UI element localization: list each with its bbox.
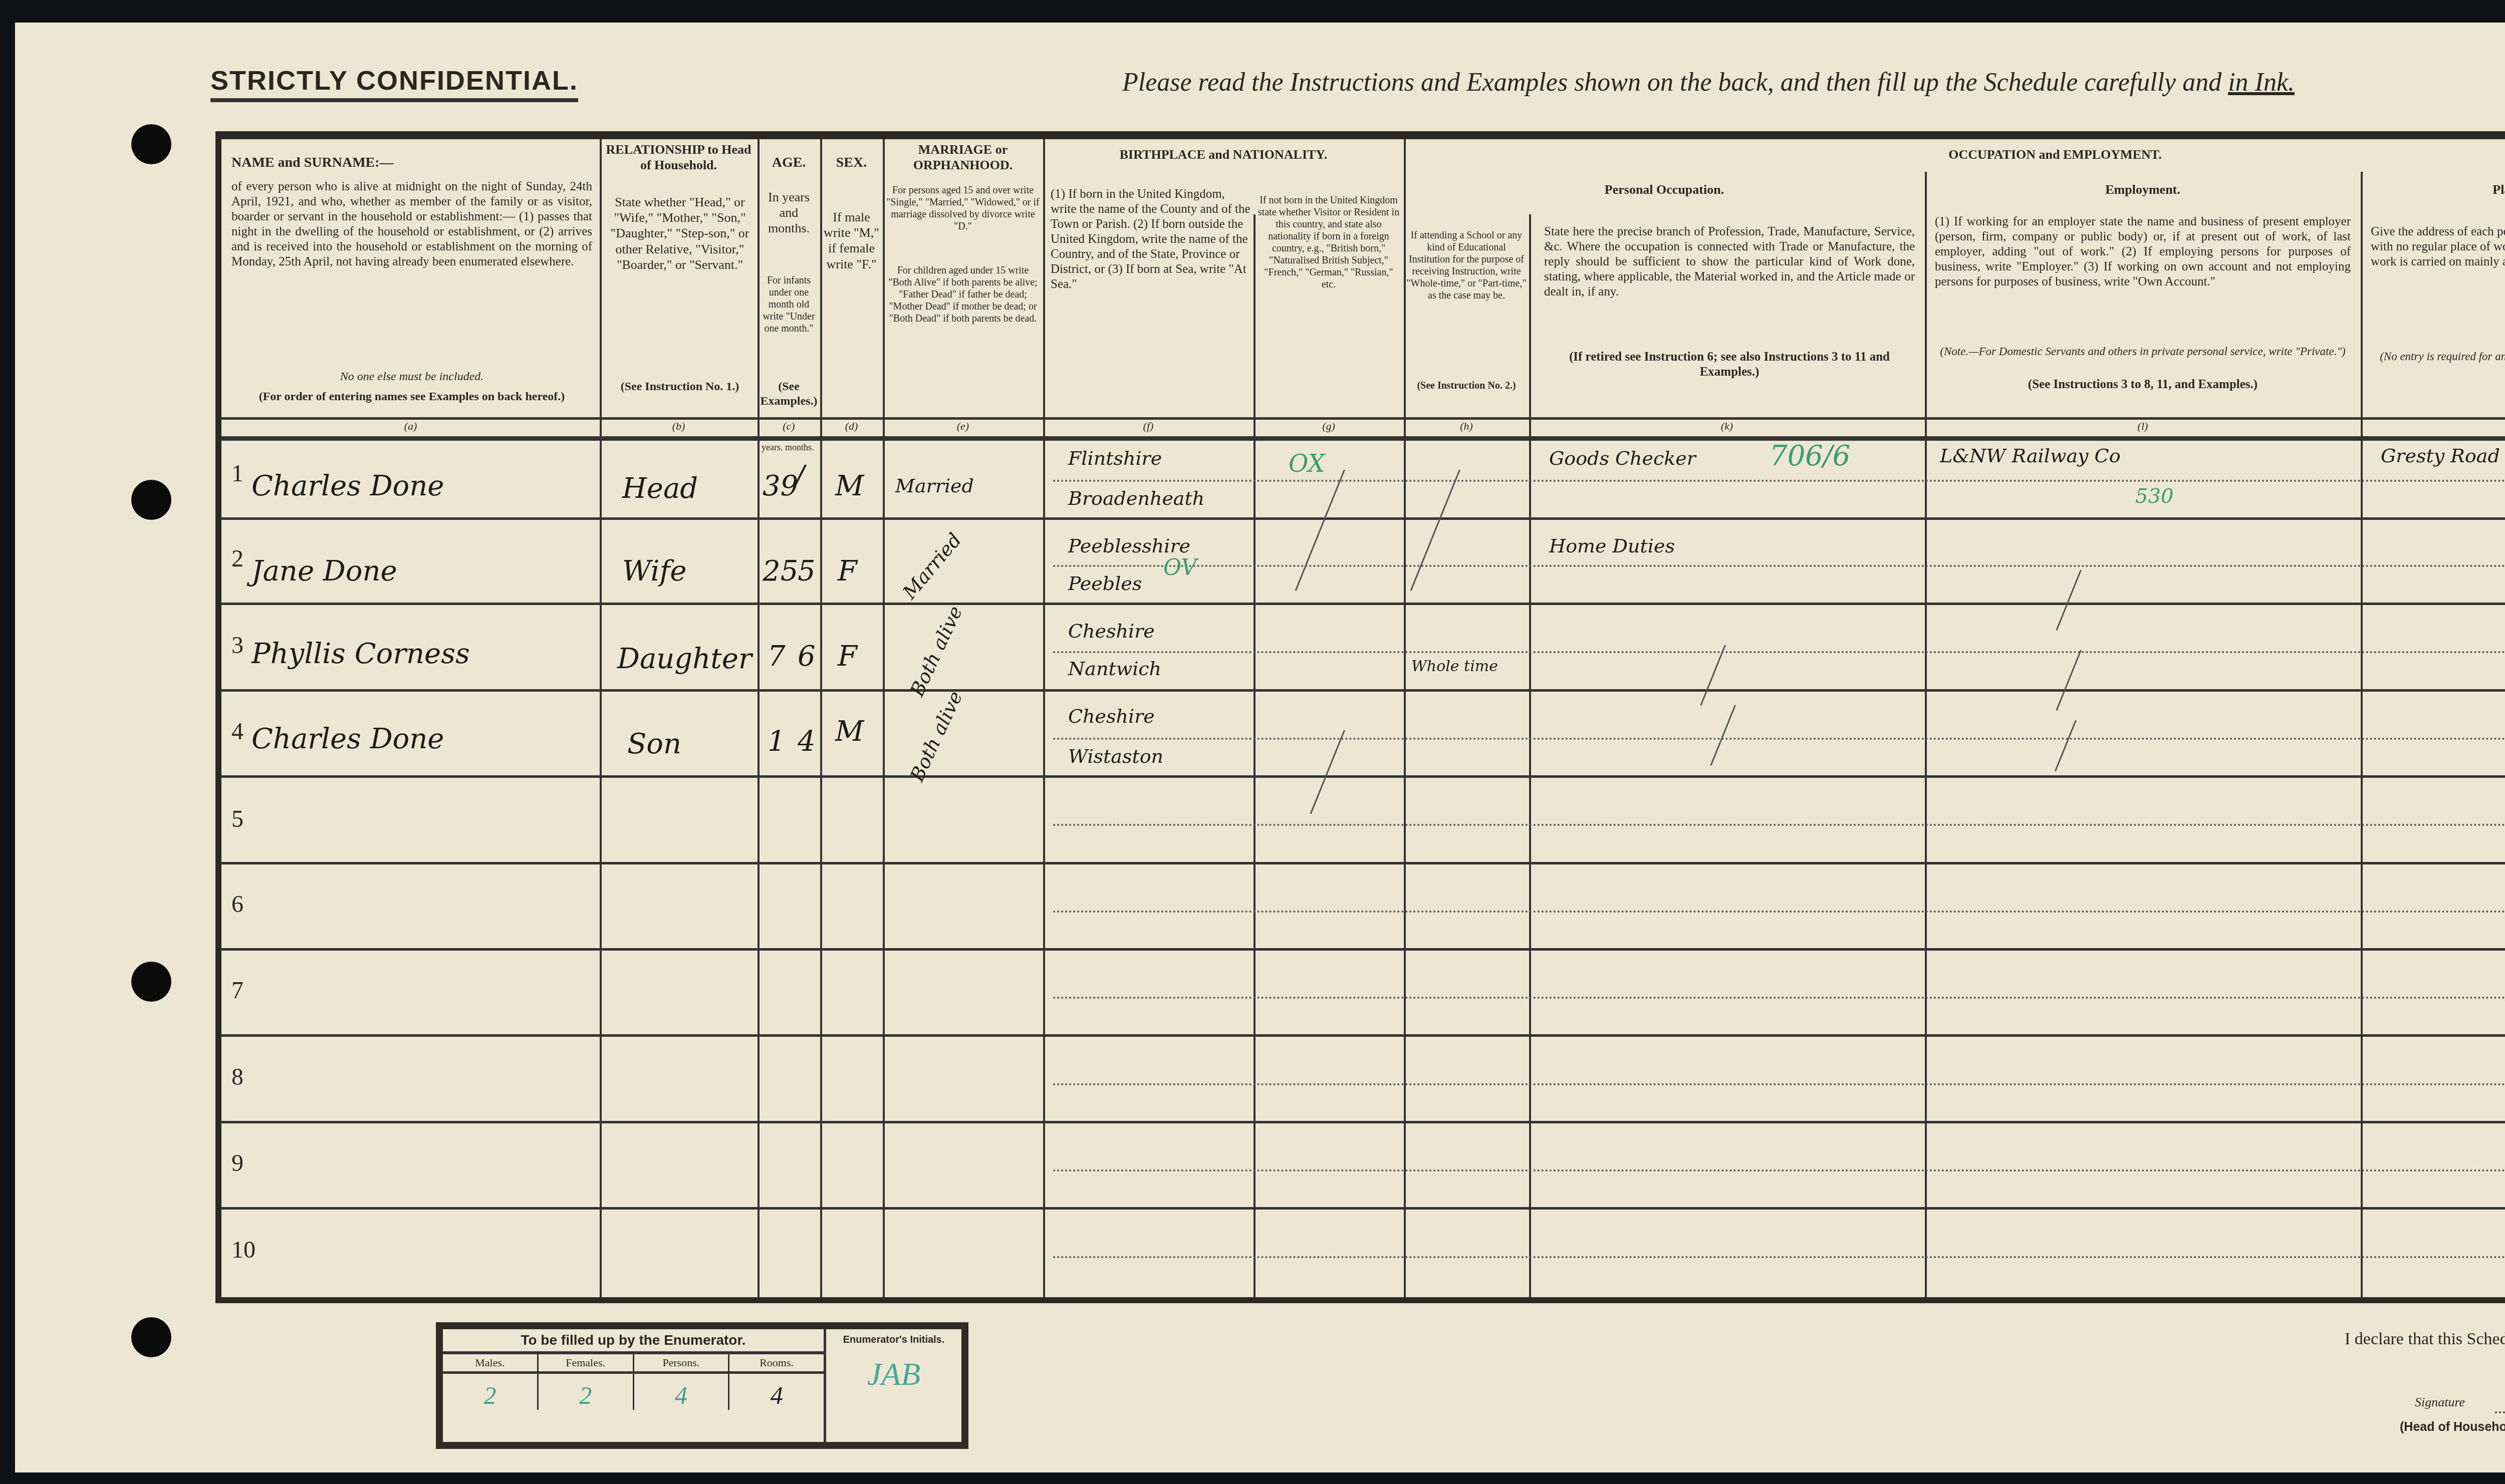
- nationality-instructions: If not born in the United Kingdom state …: [1256, 194, 1401, 290]
- mid-rule: [1053, 565, 2505, 567]
- age-months[interactable]: 5: [798, 555, 816, 587]
- education-status[interactable]: Whole time: [1411, 658, 1498, 675]
- marriage-col-note: For children aged under 15 write "Both A…: [885, 264, 1041, 325]
- dash-mark: [1710, 705, 1735, 766]
- education-footer: (See Instruction No. 2.): [1406, 380, 1527, 392]
- dash-mark: [1410, 469, 1460, 590]
- birthplace-title: BIRTHPLACE and NATIONALITY.: [1046, 147, 1401, 162]
- age-months[interactable]: 6: [798, 640, 816, 673]
- occupation[interactable]: Goods Checker: [1549, 447, 1696, 469]
- age-col-title: AGE.: [760, 154, 818, 171]
- relationship[interactable]: Daughter: [617, 643, 752, 675]
- birth-town[interactable]: Peebles: [1068, 572, 1142, 595]
- col-divider: [1404, 139, 1406, 1297]
- relationship-col-instructions: State whether "Head," or "Wife," "Mother…: [607, 194, 753, 272]
- row-rule: [221, 517, 2505, 520]
- persons-label: Persons.: [634, 1354, 728, 1374]
- personal-occupation-title: Personal Occupation.: [1406, 182, 1922, 197]
- personal-occupation-footer: (If retired see Instruction 6; see also …: [1544, 350, 1915, 380]
- row-rule: [221, 603, 2505, 605]
- row-number: 1: [231, 460, 243, 487]
- col-letter-d: (d): [820, 420, 883, 433]
- employer[interactable]: L&NW Railway Co: [1940, 445, 2121, 467]
- marital-status[interactable]: Both alive: [906, 603, 967, 700]
- person-name[interactable]: Phyllis Corness: [252, 638, 470, 670]
- birth-county[interactable]: Cheshire: [1068, 620, 1155, 642]
- in-ink-text: in Ink.: [2228, 68, 2295, 97]
- row-rule: [221, 862, 2505, 864]
- marriage-col-title: MARRIAGE or ORPHANHOOD.: [885, 142, 1041, 173]
- males-label: Males.: [443, 1354, 537, 1374]
- name-col-instructions: of every person who is alive at midnight…: [231, 179, 592, 269]
- age-years[interactable]: 7: [768, 640, 786, 673]
- header-rule: [221, 436, 2505, 441]
- birth-county[interactable]: Flintshire: [1068, 447, 1162, 469]
- person-name[interactable]: Charles Done: [252, 723, 444, 755]
- dash-mark: [1700, 645, 1725, 706]
- sex[interactable]: M: [835, 470, 864, 502]
- age-months[interactable]: 4: [798, 725, 816, 758]
- row-number: 5: [231, 805, 243, 833]
- name-col-title: NAME and SURNAME:—: [231, 154, 592, 171]
- mid-rule: [1053, 1256, 2505, 1258]
- marital-status[interactable]: Both alive: [906, 688, 967, 785]
- rooms-count[interactable]: 4: [729, 1374, 824, 1410]
- col-letter-e: (e): [883, 420, 1043, 433]
- employer-code: 530: [2135, 485, 2173, 508]
- sex[interactable]: F: [838, 640, 857, 673]
- age-years[interactable]: 39: [763, 470, 798, 502]
- row-rule: [221, 1207, 2505, 1210]
- persons-count[interactable]: 4: [634, 1374, 728, 1410]
- instruction-text: Please read the Instructions and Example…: [1122, 68, 2228, 97]
- row-rule: [221, 948, 2505, 951]
- occupation-title: OCCUPATION and EMPLOYMENT.: [1406, 147, 2505, 162]
- col-divider: [1925, 172, 1927, 1297]
- birth-town[interactable]: Broadenheath: [1068, 487, 1204, 509]
- marital-status[interactable]: Married: [898, 529, 966, 603]
- age-col-footer: (See Examples.): [760, 380, 818, 409]
- mid-rule: [1053, 738, 2505, 740]
- col-divider: [1043, 139, 1045, 1297]
- dash-mark: [1295, 469, 1345, 590]
- relationship-col-footer: (See Instruction No. 1.): [607, 380, 753, 394]
- enumerator-initials[interactable]: JAB: [826, 1346, 961, 1393]
- relationship[interactable]: Son: [627, 728, 681, 760]
- personal-occupation-instructions: State here the precise branch of Profess…: [1544, 224, 1915, 300]
- row-number: 7: [231, 977, 243, 1004]
- marriage-col-instructions: For persons aged 15 and over write "Sing…: [885, 184, 1041, 232]
- col-divider: [1529, 214, 1531, 1297]
- col-letter-b: (b): [600, 420, 758, 433]
- employment-instructions: (1) If working for an employer state the…: [1935, 214, 2351, 289]
- initials-label: Enumerator's Initials.: [826, 1329, 961, 1346]
- education-instructions: If attending a School or any kind of Edu…: [1406, 229, 1527, 302]
- row-number: 6: [231, 891, 243, 918]
- relationship[interactable]: Wife: [622, 555, 686, 587]
- col-divider: [758, 139, 760, 1297]
- mid-rule: [1053, 1169, 2505, 1171]
- col-letter-k: (k): [1529, 420, 1925, 433]
- place-of-work[interactable]: Gresty Road Crewe: [2381, 445, 2505, 467]
- age-years[interactable]: 25: [763, 555, 798, 587]
- name-col-note: No one else must be included.: [231, 370, 592, 384]
- employment-title: Employment.: [1927, 182, 2358, 197]
- birth-town[interactable]: Wistaston: [1068, 745, 1163, 767]
- mid-rule: [1053, 997, 2505, 999]
- signature-label: Signature: [2415, 1395, 2465, 1410]
- place-of-work-title: Place of Work.: [2363, 182, 2505, 197]
- birth-county[interactable]: Peeblesshire: [1068, 535, 1190, 557]
- punch-hole: [131, 1317, 171, 1357]
- col-letter-a: (a): [221, 420, 600, 433]
- row-number: 9: [231, 1149, 243, 1177]
- confidential-title: STRICTLY CONFIDENTIAL.: [210, 65, 578, 102]
- birthplace-mark: OV: [1163, 555, 1197, 580]
- col-divider: [820, 139, 822, 1297]
- signature-caption: (Head of Household, Manager of Establish…: [2400, 1420, 2505, 1434]
- age-col-note: For infants under one month old write "U…: [760, 274, 818, 335]
- col-letter-f: (f): [1043, 420, 1254, 433]
- col-divider: [2361, 172, 2363, 1297]
- dash-mark: [2056, 650, 2081, 711]
- age-subheader: years. months.: [762, 442, 814, 453]
- declaration-text: I declare that this Schedule is correctl…: [2345, 1330, 2505, 1349]
- mid-rule: [1053, 911, 2505, 913]
- enumerator-summary-title: To be filled up by the Enumerator.: [443, 1329, 824, 1354]
- marital-status[interactable]: Married: [895, 475, 974, 497]
- row-number: 10: [231, 1236, 256, 1264]
- dash-mark: [1310, 730, 1345, 814]
- row-number: 4: [231, 718, 243, 745]
- col-letter-l: (l): [1925, 420, 2361, 433]
- enumerator-summary-box: To be filled up by the Enumerator. Males…: [436, 1322, 968, 1449]
- nationality-mark: OX: [1289, 450, 1325, 478]
- person-name[interactable]: Jane Done: [252, 555, 397, 587]
- females-label: Females.: [539, 1354, 633, 1374]
- relationship-col-title: RELATIONSHIP to Head of Household.: [602, 142, 755, 173]
- punch-hole: [131, 962, 171, 1002]
- col-letter-g: (g): [1254, 420, 1404, 433]
- signature-line: [2495, 1411, 2505, 1413]
- employment-note: (Note.—For Domestic Servants and others …: [1935, 345, 2351, 359]
- census-table: NAME and SURNAME:— of every person who i…: [215, 131, 2505, 1303]
- employment-footer: (See Instructions 3 to 8, 11, and Exampl…: [1935, 377, 2351, 392]
- instruction-line: Please read the Instructions and Example…: [1122, 68, 2295, 97]
- sex-col-title: SEX.: [823, 154, 880, 171]
- mid-rule: [1053, 1083, 2505, 1085]
- females-count[interactable]: 2: [539, 1374, 633, 1410]
- birth-county[interactable]: Cheshire: [1068, 705, 1155, 727]
- place-of-work-instructions: Give the address of each person's place …: [2371, 224, 2505, 269]
- dash-mark: [2056, 569, 2081, 631]
- col-letter-c: (c): [758, 420, 820, 433]
- punch-hole: [131, 124, 171, 164]
- col-letter-h: (h): [1404, 420, 1529, 433]
- punch-hole: [131, 480, 171, 520]
- col-divider: [1254, 214, 1256, 1297]
- row-number: 3: [231, 632, 243, 659]
- mid-rule: [1053, 824, 2505, 826]
- row-number: 8: [231, 1063, 243, 1091]
- mid-rule: [1053, 480, 2505, 482]
- age-months[interactable]: /: [795, 460, 805, 492]
- males-count[interactable]: 2: [443, 1374, 537, 1410]
- place-of-work-note: (No entry is required for any person who…: [2371, 350, 2505, 364]
- dash-mark: [2055, 720, 2077, 771]
- row-rule: [221, 775, 2505, 778]
- row-rule: [221, 1121, 2505, 1123]
- sex[interactable]: M: [835, 715, 864, 748]
- relationship[interactable]: Head: [622, 472, 698, 505]
- col-letter-m: (m): [2361, 420, 2505, 433]
- birthplace-instructions: (1) If born in the United Kingdom, write…: [1051, 187, 1251, 292]
- col-divider: [600, 139, 602, 1297]
- occupation-code: 706/6: [1770, 440, 1850, 472]
- person-name[interactable]: Charles Done: [252, 470, 444, 502]
- name-col-footer: (For order of entering names see Example…: [231, 390, 592, 404]
- birth-town[interactable]: Nantwich: [1068, 658, 1161, 680]
- mid-rule: [1053, 651, 2505, 653]
- col-divider: [883, 139, 885, 1297]
- row-rule: [221, 689, 2505, 692]
- row-number: 2: [231, 545, 243, 572]
- row-rule: [221, 1034, 2505, 1037]
- sex-col-instructions: If male write "M," if female write "F.": [823, 209, 880, 272]
- rooms-label: Rooms.: [729, 1354, 824, 1374]
- sex[interactable]: F: [838, 555, 857, 587]
- age-col-instructions: In years and months.: [760, 189, 818, 236]
- age-years[interactable]: 1: [768, 725, 786, 758]
- occupation[interactable]: Home Duties: [1549, 535, 1675, 557]
